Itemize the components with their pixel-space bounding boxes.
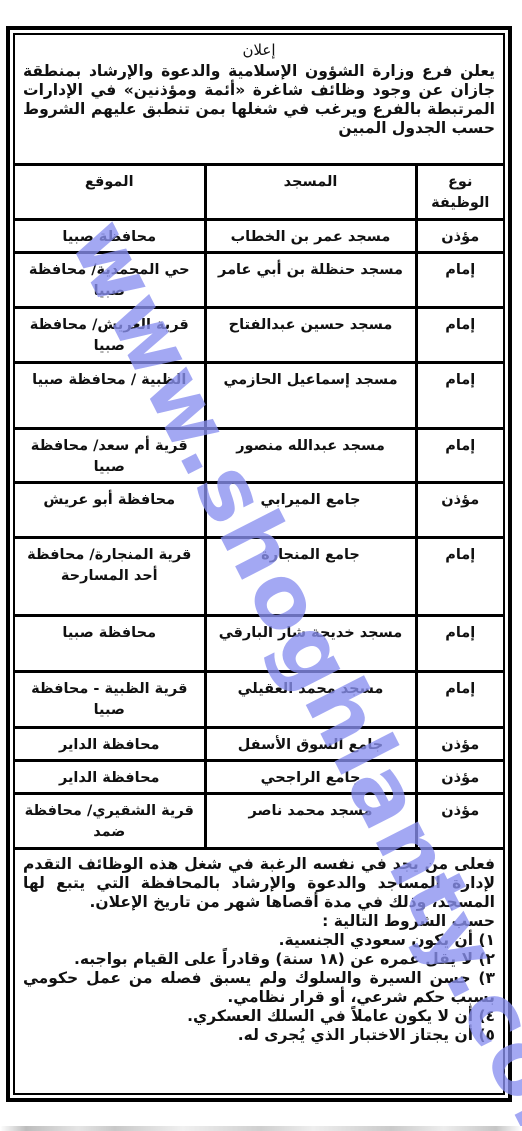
conditions-heading: حسب الشروط التالية : (23, 912, 495, 931)
cell-location: محافظة أبو عريش (15, 483, 205, 538)
table-row: مؤذن جامع الميرابي محافظة أبو عريش (15, 483, 503, 538)
cell-job-type: إمام (416, 672, 503, 728)
cell-job-type: إمام (416, 538, 503, 616)
cell-job-type: مؤذن (416, 220, 503, 253)
instructions-paragraph: فعلى من يجد في نفسه الرغبة في شغل هذه ال… (23, 855, 495, 912)
cell-job-type: مؤذن (416, 794, 503, 849)
cell-location: قرية الشقيري/ محافظة ضمد (15, 794, 205, 849)
table-row: إمام مسجد خديجة شار البارقي محافظة صبيا (15, 616, 503, 672)
announcement-frame: إعلان يعلن فرع وزارة الشؤون الإسلامية وا… (13, 33, 505, 1095)
cell-location: الظبية / محافظة صبيا (15, 363, 205, 429)
cell-location: حي المحمدية/ محافظة صبيا (15, 253, 205, 308)
table-row: إمام جامع المنجارة قرية المنجارة/ محافظة… (15, 538, 503, 616)
cell-mosque: مسجد عمر بن الخطاب (205, 220, 416, 253)
table-row: إمام مسجد عبدالله منصور قرية أم سعد/ محا… (15, 429, 503, 483)
header-location: الموقع (15, 165, 205, 220)
table-row: إمام مسجد إسماعيل الحازمي الظبية / محافظ… (15, 363, 503, 429)
condition-item: ٥) أن يجتاز الاختبار الذي يُجرى له. (23, 1026, 495, 1045)
cell-location: محافظة الداير (15, 728, 205, 761)
cell-location: قرية العريش/ محافظة صبيا (15, 308, 205, 363)
cell-location: محافظة الداير (15, 761, 205, 794)
cell-job-type: مؤذن (416, 761, 503, 794)
cell-job-type: إمام (416, 308, 503, 363)
application-instructions: فعلى من يجد في نفسه الرغبة في شغل هذه ال… (15, 849, 503, 1045)
announcement-body: يعلن فرع وزارة الشؤون الإسلامية والدعوة … (23, 62, 495, 138)
cell-mosque: جامع السوق الأسفل (205, 728, 416, 761)
cell-location: قرية الظبية - محافظة صبيا (15, 672, 205, 728)
cell-job-type: مؤذن (416, 728, 503, 761)
condition-item: ٤) أن لا يكون عاملاً في السلك العسكري. (23, 1007, 495, 1026)
cell-mosque: جامع المنجارة (205, 538, 416, 616)
cell-location: محافظة صبيا (15, 220, 205, 253)
cell-location: قرية المنجارة/ محافظة أحد المسارحة (15, 538, 205, 616)
cell-job-type: إمام (416, 253, 503, 308)
table-row: مؤذن مسجد عمر بن الخطاب محافظة صبيا (15, 220, 503, 253)
cell-job-type: مؤذن (416, 483, 503, 538)
table-row: مؤذن جامع الراجحي محافظة الداير (15, 761, 503, 794)
cell-mosque: جامع الميرابي (205, 483, 416, 538)
announcement-intro: إعلان يعلن فرع وزارة الشؤون الإسلامية وا… (15, 35, 503, 163)
announcement-title: إعلان (23, 41, 495, 60)
table-row: إمام مسجد محمد العقيلي قرية الظبية - محا… (15, 672, 503, 728)
page-edge-strip (0, 1126, 522, 1131)
table-row: إمام مسجد حنظلة بن أبي عامر حي المحمدية/… (15, 253, 503, 308)
cell-mosque: مسجد محمد العقيلي (205, 672, 416, 728)
condition-item: ٢) لا يقل عمره عن (١٨ سنة) وقادراً على ا… (23, 950, 495, 969)
cell-job-type: إمام (416, 363, 503, 429)
cell-location: محافظة صبيا (15, 616, 205, 672)
condition-item: ١) أن يكون سعودي الجنسية. (23, 931, 495, 950)
cell-mosque: مسجد إسماعيل الحازمي (205, 363, 416, 429)
cell-mosque: مسجد خديجة شار البارقي (205, 616, 416, 672)
cell-job-type: إمام (416, 429, 503, 483)
condition-item: ٣) حسن السيرة والسلوك ولم يسبق فصله من ع… (23, 969, 495, 1007)
cell-mosque: مسجد حنظلة بن أبي عامر (205, 253, 416, 308)
cell-job-type: إمام (416, 616, 503, 672)
header-job-type: نوع الوظيفة (416, 165, 503, 220)
table-row: مؤذن جامع السوق الأسفل محافظة الداير (15, 728, 503, 761)
cell-mosque: مسجد محمد ناصر (205, 794, 416, 849)
header-mosque: المسجد (205, 165, 416, 220)
jobs-table: نوع الوظيفة المسجد الموقع مؤذن مسجد عمر … (15, 163, 503, 850)
cell-mosque: جامع الراجحي (205, 761, 416, 794)
cell-mosque: مسجد عبدالله منصور (205, 429, 416, 483)
table-row: مؤذن مسجد محمد ناصر قرية الشقيري/ محافظة… (15, 794, 503, 849)
cell-location: قرية أم سعد/ محافظة صبيا (15, 429, 205, 483)
table-row: إمام مسجد حسين عبدالفتاح قرية العريش/ مح… (15, 308, 503, 363)
table-header-row: نوع الوظيفة المسجد الموقع (15, 165, 503, 220)
cell-mosque: مسجد حسين عبدالفتاح (205, 308, 416, 363)
